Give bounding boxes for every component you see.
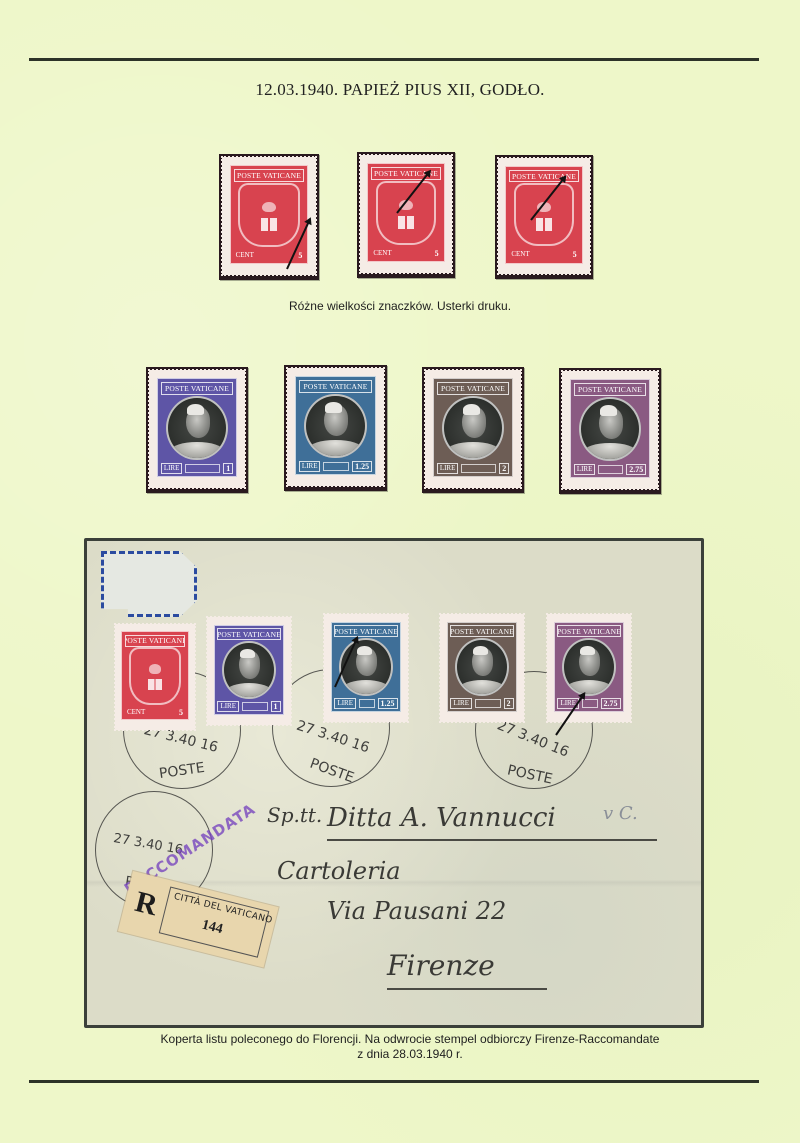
pope-portrait-icon [339, 638, 393, 697]
address-underline [327, 839, 657, 841]
pope-portrait-icon [455, 638, 509, 697]
stamp-currency: LIRE [437, 463, 459, 474]
envelope: 27 3.40 16 27 3.40 16 27 3.40 16 27 3.40… [87, 541, 701, 1025]
stamp-currency: CENT [371, 249, 393, 258]
stamp-arms: POSTE VATICANECENT5 [222, 157, 316, 275]
stamp-design: POSTE VATICANELIRE1.25 [295, 376, 377, 475]
stamp-design: POSTE VATICANELIRE1 [214, 625, 285, 716]
stamp-value: 5 [296, 251, 304, 260]
stamp-header: POSTE VATICANE [437, 382, 509, 395]
ornament [582, 699, 598, 708]
stamp-currency: LIRE [574, 464, 596, 475]
stamp-design: POSTE VATICANECENT5 [121, 631, 188, 720]
address-name: Ditta A. Vannucci [327, 803, 556, 833]
page-title: 12.03.1940. PAPIEŻ PIUS XII, GODŁO. [0, 80, 800, 100]
ornament [185, 464, 220, 473]
stamp-portrait: POSTE VATICANELIRE1 [207, 617, 291, 725]
stamp-header: POSTE VATICANE [299, 380, 372, 393]
cover-caption-line-1: Koperta listu poleconego do Florencji. N… [110, 1032, 710, 1047]
stamp-arms: POSTE VATICANECENT5 [360, 155, 452, 273]
city-underline [387, 988, 547, 990]
top-divider [29, 58, 759, 61]
pope-portrait-icon [442, 396, 503, 460]
pope-portrait-icon [579, 397, 640, 461]
stamp-arms: POSTE VATICANECENT5 [115, 624, 195, 730]
stamp-design: POSTE VATICANECENT5 [505, 166, 582, 263]
coat-of-arms-icon [238, 183, 300, 247]
stamp-value: 5 [571, 250, 579, 259]
stamp-design: POSTE VATICANELIRE1.25 [331, 622, 402, 713]
stamp-currency: LIRE [161, 463, 183, 474]
stamp-value: 2.75 [601, 698, 621, 709]
address-line-2: Cartoleria [277, 857, 401, 885]
blue-border-label [101, 551, 197, 617]
pencil-note: v C. [603, 803, 638, 824]
ornament [359, 699, 375, 708]
stamp-header: POSTE VATICANE [217, 628, 280, 640]
stamp-currency: LIRE [334, 698, 356, 709]
stamp-portrait: POSTE VATICANELIRE2.75 [547, 614, 631, 722]
stamp-header: POSTE VATICANE [125, 635, 185, 647]
stamp-design: POSTE VATICANELIRE1 [157, 378, 238, 477]
pope-portrait-icon [222, 641, 276, 700]
stamp-portrait: POSTE VATICANELIRE2 [440, 614, 524, 722]
coat-of-arms-icon [376, 181, 436, 245]
stamp-currency: LIRE [299, 461, 321, 472]
stamp-portrait: POSTE VATICANELIRE1 [149, 370, 245, 488]
address-city: Firenze [387, 949, 495, 982]
stamp-value: 2 [499, 463, 509, 474]
pope-portrait-icon [304, 394, 366, 458]
stamp-arms: POSTE VATICANECENT5 [498, 158, 590, 274]
ornament [598, 465, 623, 474]
ornament [461, 464, 496, 473]
stamp-design: POSTE VATICANELIRE2.75 [554, 622, 625, 713]
coat-of-arms-icon [129, 647, 181, 704]
stamp-portrait: POSTE VATICANELIRE2.75 [562, 371, 658, 489]
ornament [242, 702, 268, 711]
stamp-value: 2.75 [626, 464, 646, 475]
stamp-header: POSTE VATICANE [574, 383, 646, 396]
cover-caption-line-2: z dnia 28.03.1940 r. [110, 1047, 710, 1062]
ornament [323, 462, 349, 471]
stamp-design: POSTE VATICANELIRE2 [433, 378, 514, 477]
coat-of-arms-icon [514, 183, 574, 246]
stamp-currency: CENT [234, 251, 256, 260]
stamp-design: POSTE VATICANECENT5 [367, 163, 444, 262]
address-salutation: Sp.tt. [267, 803, 322, 827]
stamp-value: 1.25 [378, 698, 398, 709]
stamp-currency: LIRE [217, 701, 239, 712]
stamp-design: POSTE VATICANELIRE2.75 [570, 379, 651, 478]
stamp-portrait: POSTE VATICANELIRE1.25 [287, 368, 384, 486]
stamp-value: 5 [433, 249, 441, 258]
stamp-value: 1 [271, 701, 281, 712]
stamp-currency: CENT [125, 708, 147, 717]
stamp-design: POSTE VATICANELIRE2 [447, 622, 518, 713]
stamp-value: 1.25 [352, 461, 372, 472]
bottom-divider [29, 1080, 759, 1083]
stamp-value: 2 [504, 698, 514, 709]
stamp-header: POSTE VATICANE [334, 625, 397, 637]
stamp-currency: CENT [509, 250, 531, 259]
stamp-header: POSTE VATICANE [234, 169, 305, 182]
stamp-header: POSTE VATICANE [450, 625, 513, 637]
ornament [475, 699, 501, 708]
row1-caption: Różne wielkości znaczków. Usterki druku. [0, 299, 800, 314]
registration-letter: R [132, 885, 161, 923]
stamp-portrait: POSTE VATICANELIRE1.25 [324, 614, 408, 722]
cover-caption: Koperta listu poleconego do Florencji. N… [110, 1032, 710, 1062]
registered-cover: 27 3.40 16 27 3.40 16 27 3.40 16 27 3.40… [84, 538, 704, 1028]
stamp-currency: LIRE [450, 698, 472, 709]
pope-portrait-icon [562, 638, 616, 697]
stamp-value: 5 [177, 708, 185, 717]
stamp-portrait: POSTE VATICANELIRE2 [425, 370, 521, 488]
stamp-header: POSTE VATICANE [557, 625, 620, 637]
pope-portrait-icon [166, 396, 227, 460]
stamp-value: 1 [223, 463, 233, 474]
stamp-header: POSTE VATICANE [161, 382, 233, 395]
address-line-3: Via Pausani 22 [327, 897, 506, 925]
